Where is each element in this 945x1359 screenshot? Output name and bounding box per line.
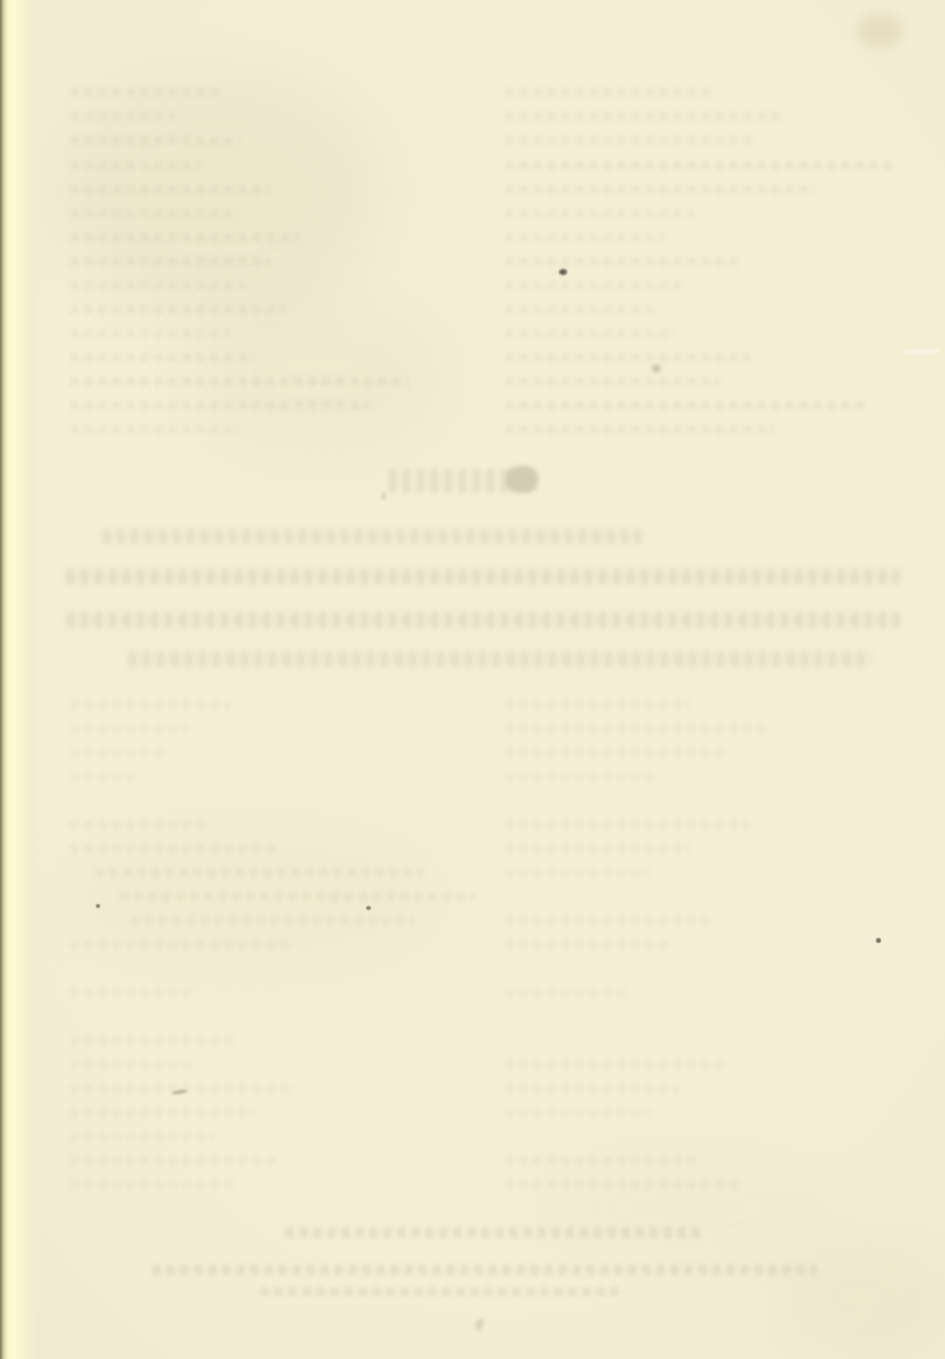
ink-speck <box>652 365 661 372</box>
ink-speck <box>905 349 941 353</box>
ink-speck <box>559 269 567 275</box>
ink-speck <box>366 906 371 910</box>
ink-speck <box>876 938 881 943</box>
scanned-page <box>0 0 945 1359</box>
ink-speck <box>172 1089 187 1095</box>
ink-speck <box>474 1317 485 1332</box>
ink-speck <box>96 904 100 908</box>
ink-specks-layer <box>0 0 945 1359</box>
ink-speck <box>857 14 903 48</box>
